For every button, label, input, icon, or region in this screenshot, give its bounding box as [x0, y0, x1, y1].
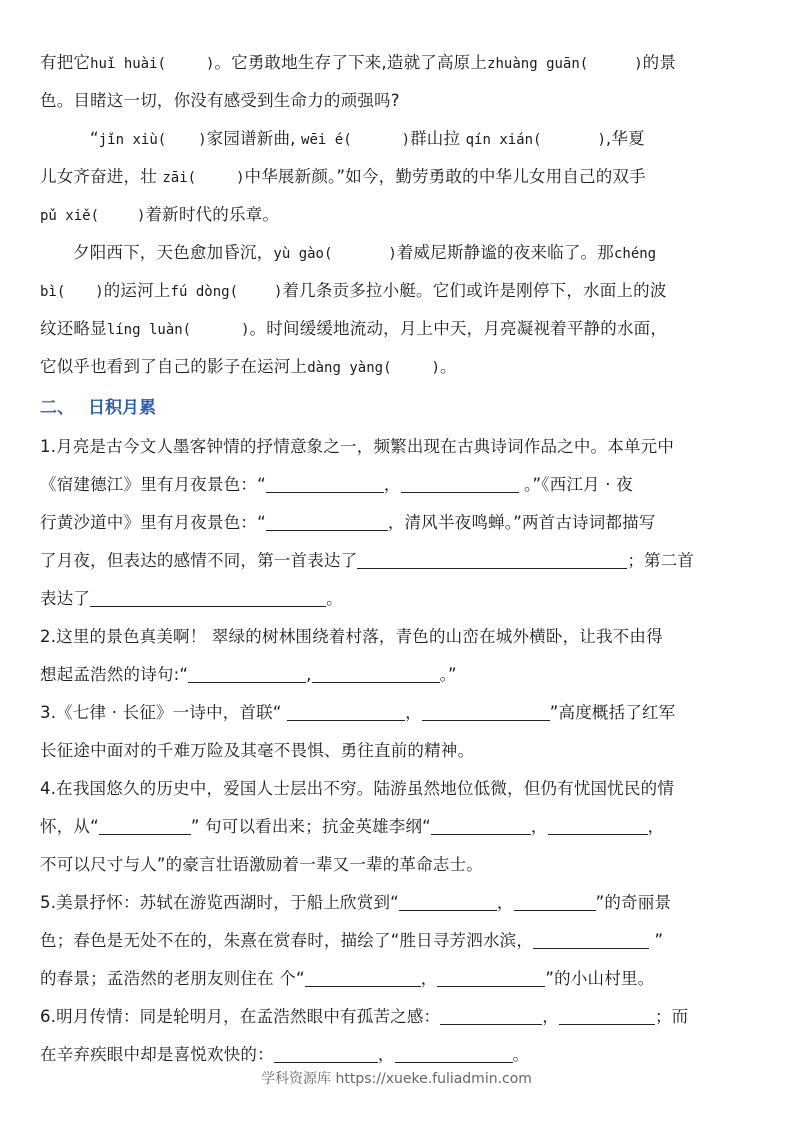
pinyin-section: 有把它huǐ huài()。它勇敢地生存了下来,造就了高原上zhuàng guā…	[40, 44, 753, 386]
answer-blank[interactable]	[266, 474, 384, 493]
pinyin-prompt: pǔ xiě	[40, 208, 91, 224]
answer-blank[interactable]	[431, 816, 531, 835]
answer-blank[interactable]	[533, 930, 649, 949]
question-text: 不可以尺寸与人”的豪言壮语激励着一辈又一辈的革命志士。	[40, 846, 753, 884]
question-text: 2.这里的景色真美啊！ 翠绿的树林围绕着村落，青色的山峦在城外横卧，让我不由得	[40, 618, 753, 656]
pinyin-prompt: chéng	[614, 246, 656, 262]
answer-blank[interactable]	[548, 816, 648, 835]
answer-blank[interactable]	[312, 664, 440, 683]
question-1: 1.月亮是古今文人墨客钟情的抒情意象之一，频繁出现在古典诗词作品之中。本单元中 …	[40, 428, 753, 618]
question-text: 表达了。	[40, 580, 753, 618]
question-text: 色；春色是无处不在的，朱熹在赏春时，描绘了“胜日寻芳泗水滨， ”	[40, 922, 753, 960]
answer-blank[interactable]	[440, 1006, 542, 1025]
pinyin-prompt: dàng yàng	[307, 360, 383, 376]
section-heading: 二、日积月累	[40, 388, 753, 428]
question-text: 1.月亮是古今文人墨客钟情的抒情意象之一，频繁出现在古典诗词作品之中。本单元中	[40, 428, 753, 466]
answer-blank[interactable]	[437, 968, 545, 987]
question-5: 5.美景抒怀：苏轼在游览西湖时，于船上欣赏到“，”的奇丽景 色；春色是无处不在的…	[40, 884, 753, 998]
answer-blank[interactable]	[422, 702, 550, 721]
section-title: 日积月累	[88, 388, 156, 428]
question-text: 5.美景抒怀：苏轼在游览西湖时，于船上欣赏到“，”的奇丽景	[40, 884, 753, 922]
question-text: 想起孟浩然的诗句:“,。”	[40, 656, 753, 694]
text-line: 夕阳西下，天色愈加昏沉，yù gào()着威尼斯静谧的夜来临了。那chéng	[40, 234, 753, 272]
answer-blank[interactable]	[514, 892, 596, 911]
answer-blank[interactable]	[90, 588, 326, 607]
answer-blank[interactable]	[559, 1006, 655, 1025]
section-number: 二、	[40, 388, 74, 428]
pinyin-prompt: wēi é	[301, 132, 343, 148]
text-line: 它似乎也看到了自己的影子在运河上dàng yàng()。	[40, 348, 753, 386]
question-text: 长征途中面对的千难万险及其毫不畏惧、勇往直前的精神。	[40, 732, 753, 770]
answer-blank[interactable]	[395, 1044, 513, 1063]
text-line: 儿女齐奋进，壮 zāi()中华展新颜。”如今，勤劳勇敢的中华儿女用自己的双手	[40, 158, 753, 196]
text-line: 有把它huǐ huài()。它勇敢地生存了下来,造就了高原上zhuàng guā…	[40, 44, 753, 82]
answer-blank[interactable]	[287, 702, 405, 721]
question-text: 的春景；孟浩然的老朋友则住在 个“，”的小山村里。	[40, 960, 753, 998]
question-text: 行黄沙道中》里有月夜景色：“，清风半夜鸣蝉。”两首古诗词都描写	[40, 504, 753, 542]
answer-blank[interactable]	[305, 968, 421, 987]
answer-blank[interactable]	[401, 474, 519, 493]
footer-watermark: 学科资源库 https://xueke.fuliadmin.com	[0, 1068, 793, 1088]
text-line: pǔ xiě()着新时代的乐章。	[40, 196, 753, 234]
answer-blank[interactable]	[274, 1044, 378, 1063]
question-6: 6.明月传情：同是轮明月，在孟浩然眼中有孤苦之感：，；而 在辛弃疾眼中却是喜悦欢…	[40, 998, 753, 1074]
pinyin-prompt: zhuàng guān	[487, 56, 580, 72]
answer-blank[interactable]	[357, 550, 627, 569]
pinyin-prompt: bì	[40, 284, 57, 300]
text-line: 纹还略显líng luàn()。时间缓缓地流动，月上中天，月亮凝视着平静的水面，	[40, 310, 753, 348]
question-text: 了月夜，但表达的感情不同，第一首表达了；第二首	[40, 542, 753, 580]
question-text: 3.《七律 · 长征》一诗中，首联“ ，”高度概括了红军	[40, 694, 753, 732]
pinyin-prompt: huǐ huài	[90, 56, 157, 72]
answer-blank[interactable]	[188, 664, 306, 683]
text-line: “jǐn xiù()家园谱新曲, wēi é()群山拉 qín xián(),华…	[40, 120, 753, 158]
answer-blank[interactable]	[99, 816, 191, 835]
pinyin-prompt: qín xián	[466, 132, 533, 148]
pinyin-prompt: yù gào	[273, 246, 324, 262]
text-line: 色。目睹这一切，你没有感受到生命力的顽强吗?	[40, 82, 753, 120]
question-text: 6.明月传情：同是轮明月，在孟浩然眼中有孤苦之感：，；而	[40, 998, 753, 1036]
worksheet-page: 有把它huǐ huài()。它勇敢地生存了下来,造就了高原上zhuàng guā…	[40, 44, 753, 1074]
answer-blank[interactable]	[266, 512, 388, 531]
pinyin-prompt: líng luàn	[107, 322, 183, 338]
pinyin-prompt: fú dòng	[171, 284, 230, 300]
question-4: 4.在我国悠久的历史中，爱国人士层出不穷。陆游虽然地位低微，但仍有忧国忧民的情 …	[40, 770, 753, 884]
question-2: 2.这里的景色真美啊！ 翠绿的树林围绕着村落，青色的山峦在城外横卧，让我不由得 …	[40, 618, 753, 694]
question-text: 4.在我国悠久的历史中，爱国人士层出不穷。陆游虽然地位低微，但仍有忧国忧民的情	[40, 770, 753, 808]
pinyin-prompt: zāi	[162, 170, 187, 186]
question-text: 怀，从“” 句可以看出来；抗金英雄李纲“，，	[40, 808, 753, 846]
question-text: 《宿建德江》里有月夜景色：“， 。”《西江月 · 夜	[40, 466, 753, 504]
question-3: 3.《七律 · 长征》一诗中，首联“ ，”高度概括了红军 长征途中面对的千难万险…	[40, 694, 753, 770]
pinyin-prompt: jǐn xiù	[99, 132, 158, 148]
answer-blank[interactable]	[399, 892, 497, 911]
text-line: bì()的运河上fú dòng()着几条贡多拉小艇。它们或许是刚停下，水面上的波	[40, 272, 753, 310]
